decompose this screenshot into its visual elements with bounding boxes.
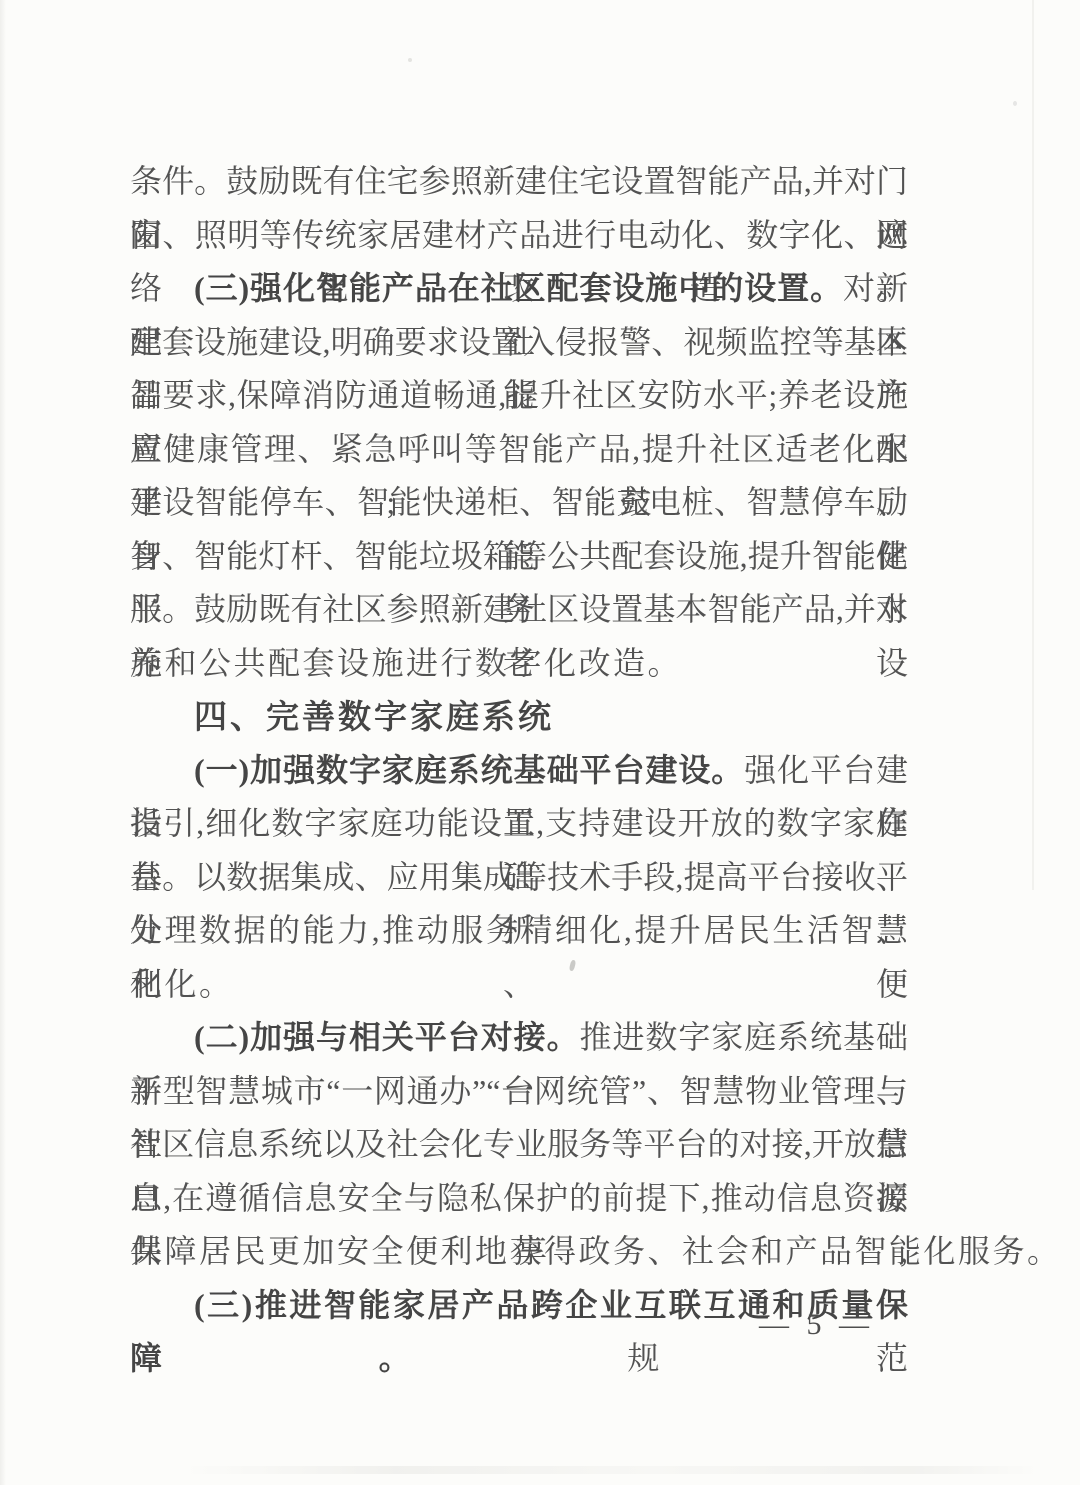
text-line: 平。鼓励既有社区参照新建社区设置基本智能产品,并对养老设 (130, 583, 908, 637)
text-line: 社区信息系统以及社会化专业服务等平台的对接,开放信息接 (130, 1118, 908, 1172)
scan-edge-line (1032, 0, 1034, 890)
text-line: 新型智慧城市“一网通办”“一网统管”、智慧物业管理、智慧 (130, 1065, 908, 1119)
text-segment: (一)加强数字家庭系统基础平台建设。 (194, 752, 744, 788)
text-line: 建设智能停车、智能快递柜、智能充电桩、智慧停车、智能健 (130, 476, 908, 530)
text-line: 品要求,保障消防通道畅通,提升社区安防水平;养老设施应配 (130, 369, 908, 423)
scan-speck (1013, 101, 1017, 106)
text-line: 置健康管理、紧急呼叫等智能产品,提升社区适老化水平;鼓励 (130, 423, 908, 477)
document-page: 条件。鼓励既有住宅参照新建住宅设置智能产品,并对门窗、遮阳、照明等传统家居建材产… (0, 0, 1080, 1485)
text-line: 阳、照明等传统家居建材产品进行电动化、数字化、网络化改造。 (130, 209, 908, 263)
text-line: 指引,细化数字家庭功能设置,支持建设开放的数字家庭基础平 (130, 797, 908, 851)
text-line: 处理数据的能力,推动服务精细化,提升居民生活智慧化、便 (130, 904, 908, 958)
text-line: (一)加强数字家庭系统基础平台建设。强化平台建设工作 (130, 744, 908, 798)
text-segment: 处理数据的能力,推动服务精细化,提升居民生活智慧化、便 (130, 912, 908, 1002)
text-line: (二)加强与相关平台对接。推进数字家庭系统基础平台与 (130, 1011, 908, 1065)
text-line: 条件。鼓励既有住宅参照新建住宅设置智能产品,并对门窗、遮 (130, 155, 908, 209)
scan-smudge (180, 1466, 1040, 1474)
text-line: 口,在遵循信息安全与隐私保护的前提下,推动信息资源共享, (130, 1172, 908, 1226)
text-line: 配套设施建设,明确要求设置入侵报警、视频监控等基本智能产 (130, 316, 908, 370)
text-line: (三)强化智能产品在社区配套设施中的设置。对新建社区 (130, 262, 908, 316)
text-segment: 四、完善数字家庭系统 (194, 698, 554, 735)
text-line: 保障居民更加安全便利地获得政务、社会和产品智能化服务。 (130, 1225, 908, 1279)
page-number: — 5 — (759, 1308, 874, 1342)
text-segment: (三)强化智能产品在社区配套设施中的设置。 (194, 270, 843, 306)
text-line: 台。以数据集成、应用集成等技术手段,提高平台接收、分析、 (130, 851, 908, 905)
text-line: 身、智能灯杆、智能垃圾箱等公共配套设施,提升智能化服务水 (130, 530, 908, 584)
text-segment: (二)加强与相关平台对接。 (194, 1019, 580, 1055)
scan-edge-shadow (0, 0, 6, 1485)
text-segment: 规范 (627, 1340, 908, 1376)
text-segment: 施和公共配套设施进行数字化改造。 (130, 645, 682, 681)
text-segment: 利化。 (130, 966, 234, 1002)
document-body: 条件。鼓励既有住宅参照新建住宅设置智能产品,并对门窗、遮阳、照明等传统家居建材产… (130, 155, 908, 1332)
scan-speck (408, 58, 412, 62)
text-segment: 保障居民更加安全便利地获得政务、社会和产品智能化服务。 (130, 1233, 1062, 1269)
section-heading: 四、完善数字家庭系统 (130, 690, 908, 744)
